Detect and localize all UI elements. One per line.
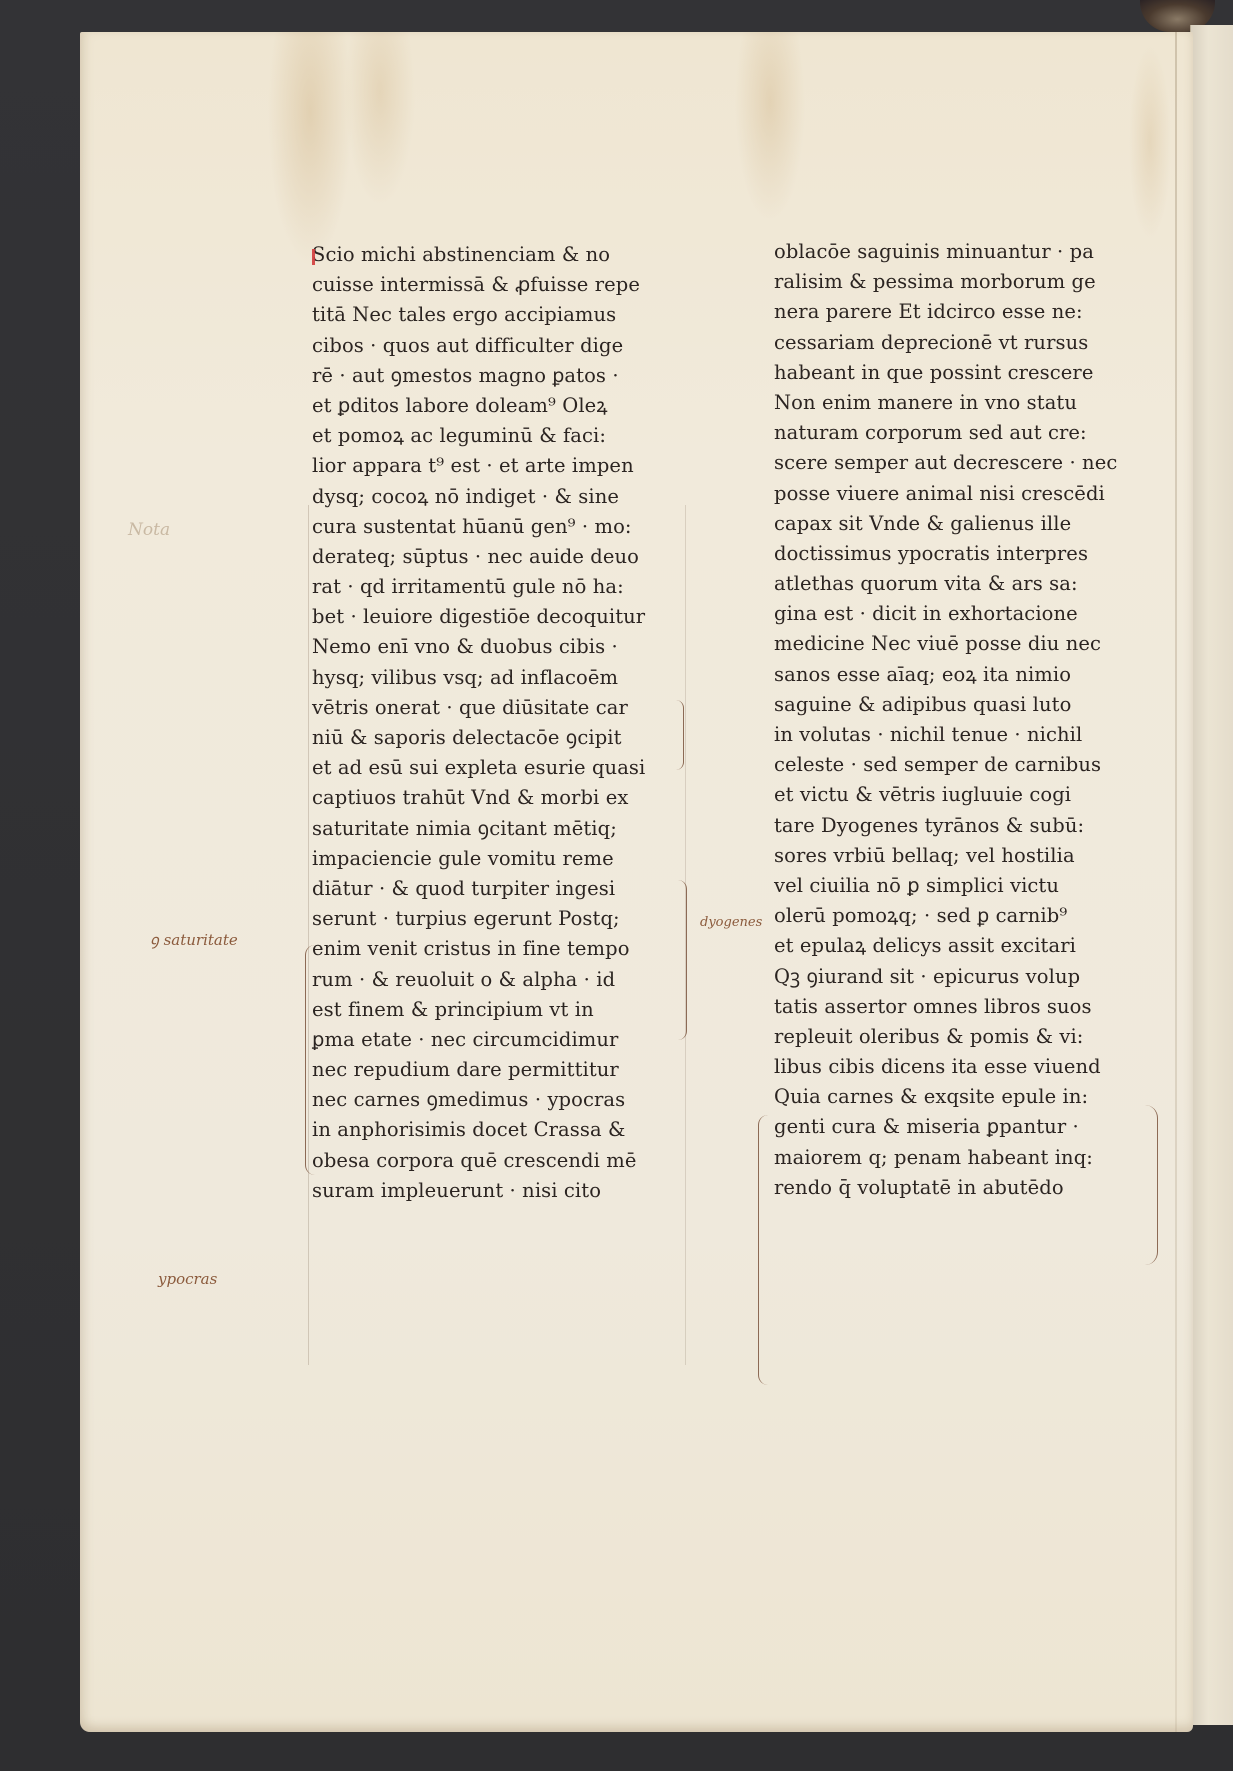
adjacent-leaf-edge [1190,25,1233,1725]
text-line: naturam corporum sed aut cre: [774,418,1154,448]
text-line: captiuos trahūt Vnd & morbi ex [312,783,682,813]
text-line: nera parere Et idcirco esse ne: [774,297,1154,327]
text-line: in volutas · nichil tenue · nichil [774,720,1154,750]
text-line: capax sit Vnde & galienus ille [774,509,1154,539]
marginal-bracket [758,1115,769,1385]
text-line: diātur · & quod turpiter ingesi [312,874,682,904]
text-line: saturitate nimia ꝯcitant mētiq; [312,814,682,844]
text-line: titā Nec tales ergo accipiamus [312,300,682,330]
marginal-note-ypocras: ypocras [158,1270,217,1288]
marginal-bracket [305,945,316,1175]
text-line: impaciencie gule vomitu reme [312,844,682,874]
text-line: gina est · dicit in exhortacione [774,599,1154,629]
text-line: niū & saporis delectacōe ꝯcipit [312,723,682,753]
text-line: Nemo enī vno & duobus cibis · [312,632,682,662]
text-line: suram impleuerunt · nisi cito [312,1176,682,1206]
text-line: cuisse intermissā & ꝓfuisse repe [312,270,682,300]
text-column-right: oblacōe saguinis minuantur · pa ralisim … [774,237,1154,1203]
text-column-left: Scio michi abstinenciam & no cuisse inte… [312,240,682,1206]
text-line: celeste · sed semper de carnibus [774,750,1154,780]
text-line: tare Dyogenes tyrānos & subū: [774,811,1154,841]
text-line: olerū pomoꝝq; · sed ꝑ carnib⁹ [774,901,1154,931]
text-line: sores vrbiū bellaq; vel hostilia [774,841,1154,871]
text-line: Quia carnes & exqsite epule in: [774,1082,1154,1112]
marginal-bracket [675,700,684,770]
text-line: medicine Nec viuē posse diu nec [774,629,1154,659]
text-line: rē · aut ꝯmestos magno ꝑatos · [312,361,682,391]
text-line: rat · qd irritamentū gule nō ha: [312,572,682,602]
text-line: nec repudium dare permittitur [312,1055,682,1085]
text-line: cibos · quos aut difficulter dige [312,331,682,361]
marginal-bracket [1145,1105,1158,1265]
text-line: est finem & principium vt in [312,995,682,1025]
text-line: genti cura & miseria ꝑpantur · [774,1112,1154,1142]
text-line: Non enim manere in vno statu [774,388,1154,418]
text-line: atlethas quorum vita & ars sa: [774,569,1154,599]
text-line: rum · & reuoluit o & alpha · id [312,965,682,995]
text-line: doctissimus ypocratis interpres [774,539,1154,569]
text-line: oblacōe saguinis minuantur · pa [774,237,1154,267]
text-line: et ꝑditos labore doleam⁹ Oleꝝ [312,391,682,421]
text-line: serunt · turpius egerunt Postq; [312,904,682,934]
marginal-note-nota: Nota [128,520,170,540]
text-line: Scio michi abstinenciam & no [312,240,682,270]
text-line: ralisim & pessima morborum ge [774,267,1154,297]
text-line: enim venit cristus in fine tempo [312,934,682,964]
text-line: et victu & vētris iugluuie cogi [774,780,1154,810]
text-line: repleuit oleribus & pomis & vi: [774,1022,1154,1052]
text-line: cura sustentat hūanū gen⁹ · mo: [312,512,682,542]
text-line: derateq; sūptus · nec auide deuo [312,542,682,572]
text-line: bet · leuiore digestiōe decoquitur [312,602,682,632]
text-line: dysq; cocoꝝ nō indiget · & sine [312,482,682,512]
text-line: lior appara t⁹ est · et arte impen [312,451,682,481]
text-line: libus cibis dicens ita esse viuend [774,1052,1154,1082]
text-line: scere semper aut decrescere · nec [774,448,1154,478]
text-line: in anphorisimis docet Crassa & [312,1115,682,1145]
text-line: hysq; vilibus vsq; ad inflacoēm [312,663,682,693]
text-line: saguine & adipibus quasi luto [774,690,1154,720]
text-line: habeant in que possint crescere [774,358,1154,388]
text-line: et pomoꝝ ac leguminū & faci: [312,421,682,451]
marginal-bracket [678,880,687,1040]
text-line: et epulaꝝ delicys assit excitari [774,931,1154,961]
text-line: rendo q̄ voluptatē in abutēdo [774,1173,1154,1203]
text-line: sanos esse aīaq; eoꝝ ita nimio [774,660,1154,690]
text-line: Qꝫ ꝯiurand sit · epicurus volup [774,962,1154,992]
text-line: et ad esū sui expleta esurie quasi [312,753,682,783]
text-line: ꝑma etate · nec circumcidimur [312,1025,682,1055]
text-line: nec carnes ꝯmedimus · ypocras [312,1085,682,1115]
text-line: vel ciuilia nō ꝑ simplici victu [774,871,1154,901]
text-line: vētris onerat · que diūsitate car [312,693,682,723]
text-line: maiorem q; penam habeant inq: [774,1143,1154,1173]
text-line: posse viuere animal nisi crescēdi [774,479,1154,509]
text-line: cessariam deprecionē vt rursus [774,328,1154,358]
marginal-note-saturitate: ꝯ saturitate [150,930,238,950]
marginal-note-dyogenes: dyogenes [700,916,760,930]
text-line: tatis assertor omnes libros suos [774,992,1154,1022]
text-line: obesa corpora quē crescendi mē [312,1146,682,1176]
